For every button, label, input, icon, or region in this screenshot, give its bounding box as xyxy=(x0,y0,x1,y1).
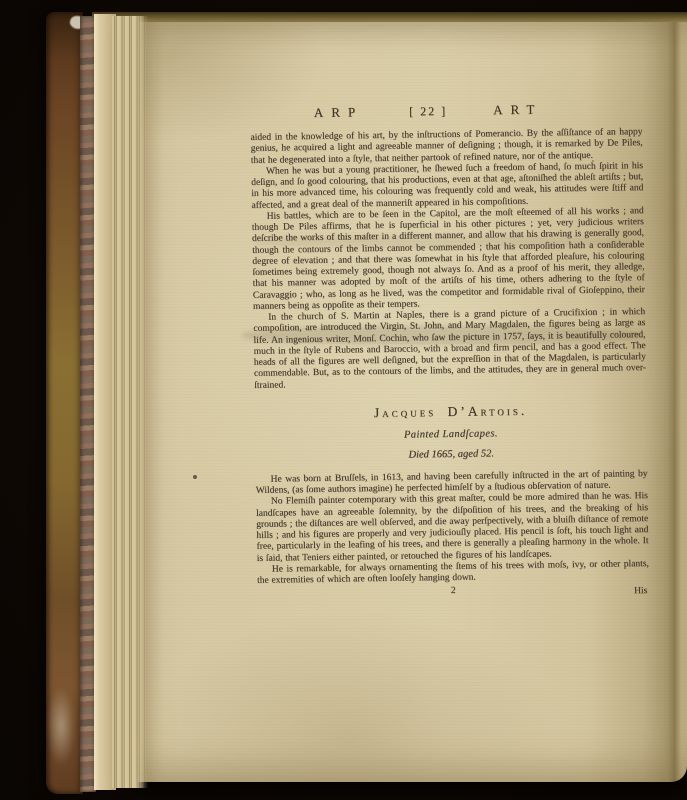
page-number: [ 22 ] xyxy=(409,103,447,120)
ink-speck xyxy=(193,475,197,479)
entry-subtitle: Painted Landſcapes. xyxy=(255,426,647,443)
paragraph: In the church of S. Martin at Naples, th… xyxy=(253,307,646,392)
running-head: ARP [ 22 ] ART xyxy=(232,100,624,122)
page-text-block: ARP [ 22 ] ART aided in the knowledge of… xyxy=(250,100,649,603)
paragraph: He is remarkable, for always ornamenting… xyxy=(257,559,649,587)
running-head-right: ART xyxy=(493,102,542,119)
running-head-left: ARP xyxy=(314,104,364,121)
paragraph: aided in the knowledge of his art, by th… xyxy=(250,127,642,167)
photo-backdrop: ARP [ 22 ] ART aided in the knowledge of… xyxy=(0,0,687,800)
paragraph: No Flemiſh painter cotemporary with this… xyxy=(256,491,649,564)
page-footer: 2 His xyxy=(257,583,649,603)
paragraph: When he was but a young practitioner, he… xyxy=(251,161,644,212)
paragraph: His battles, which are to be ſeen in the… xyxy=(252,206,645,313)
entry-heading: Jacques D’Artois. xyxy=(254,401,646,423)
book-cover-edge xyxy=(46,12,83,794)
catchword: His xyxy=(634,586,647,596)
entry-death-line: Died 1665, aged 52. xyxy=(255,446,647,463)
page-stack-fore-edge xyxy=(112,16,148,788)
signature-mark: 2 xyxy=(451,586,456,596)
book-page: ARP [ 22 ] ART aided in the knowledge of… xyxy=(130,22,687,782)
